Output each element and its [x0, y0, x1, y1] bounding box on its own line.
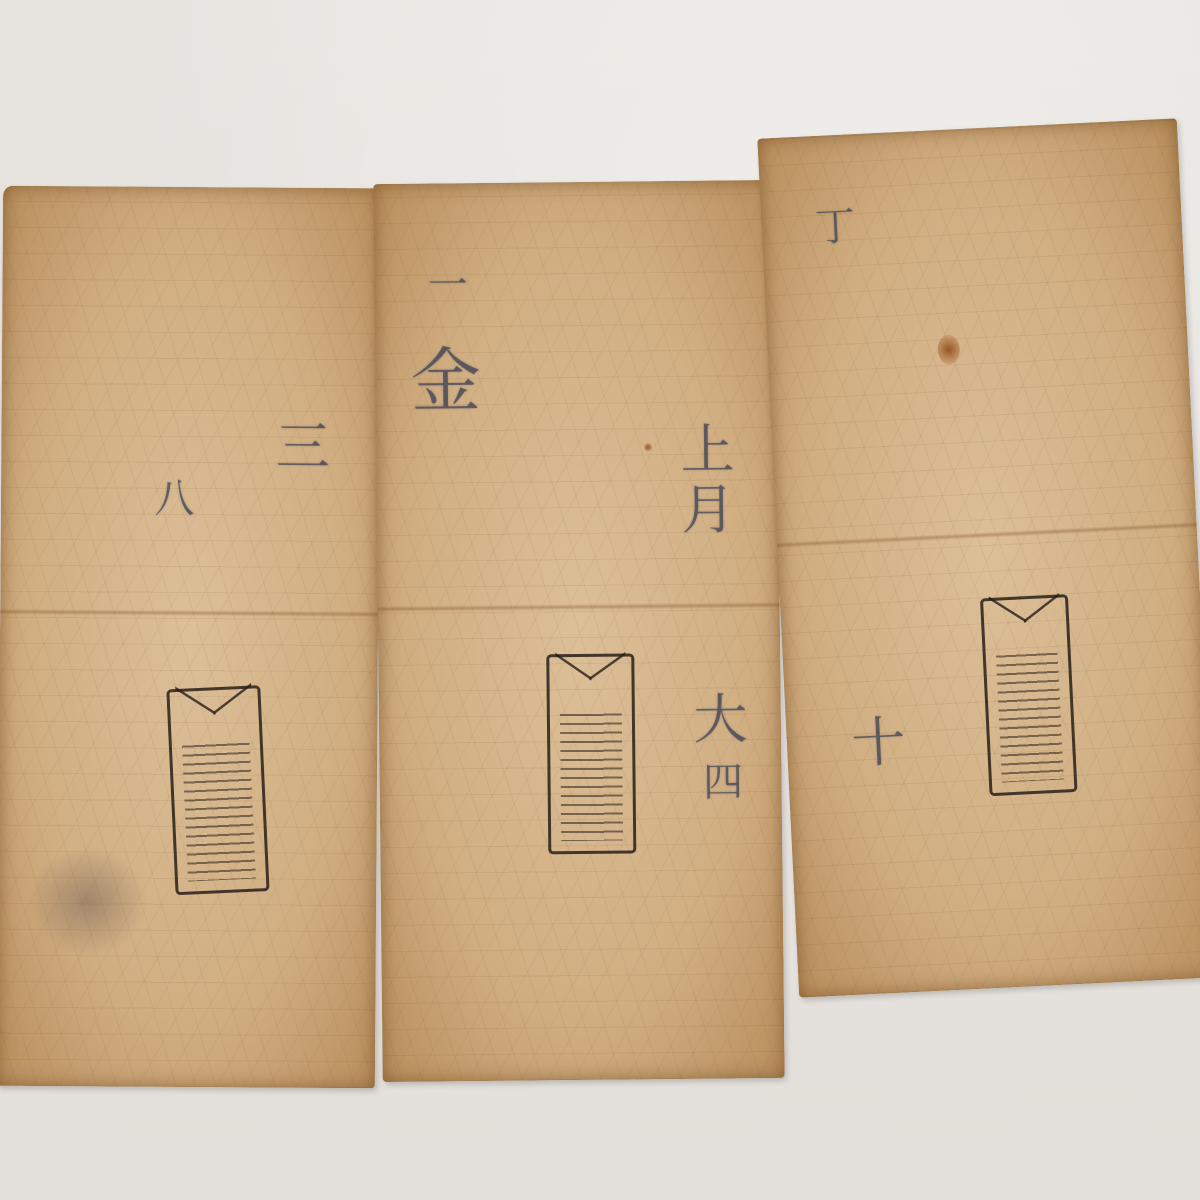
paper-note-middle: 一 金 上 月 大 四	[373, 180, 784, 1082]
ink-mark: 四	[699, 760, 739, 806]
ink-mark: 大	[689, 690, 744, 751]
ink-mark: 金	[405, 343, 476, 420]
ink-mark: 三	[271, 418, 325, 478]
stain-spot	[644, 443, 652, 451]
ink-mark: 八	[151, 477, 191, 523]
ink-mark: 一	[424, 263, 464, 309]
ink-mark: 月	[676, 480, 731, 541]
ink-mark: 上	[676, 420, 731, 481]
ink-mark: 丁	[811, 204, 853, 252]
ink-smudge	[28, 846, 149, 957]
seal-stamp	[166, 685, 269, 895]
seal-stamp	[546, 653, 636, 854]
paper-note-left: 三 八	[0, 186, 381, 1089]
stain-spot	[937, 334, 960, 365]
seal-stamp	[980, 594, 1078, 796]
ink-mark: 十	[846, 713, 903, 776]
paper-note-right: 丁 十	[757, 118, 1200, 997]
